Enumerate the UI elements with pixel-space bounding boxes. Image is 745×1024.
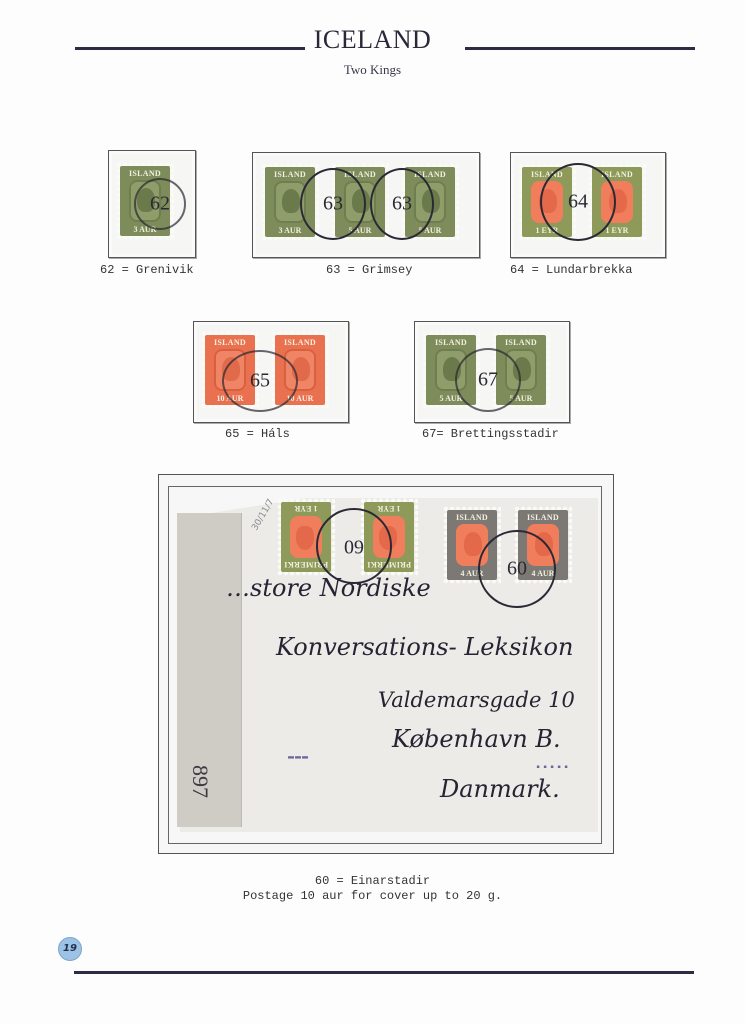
caption-67: 67= Brettingsstadir <box>422 427 559 441</box>
transit-mark: ▬▬▬ <box>288 752 309 763</box>
postmark-63: 63 <box>300 168 366 240</box>
page-number-badge: 19 <box>58 937 82 961</box>
cover-caption-line2: Postage 10 aur for cover up to 20 g. <box>0 889 745 903</box>
censor-number: 897 <box>187 765 213 798</box>
cover-postmark-1: 60 <box>316 508 392 584</box>
address-line-5: Danmark. <box>440 775 560 803</box>
postmark-63-second: 63 <box>370 168 434 240</box>
transit-mark: ▪▪▪▪▪ <box>535 763 570 774</box>
censor-label: 897 <box>177 513 242 827</box>
address-line-1: …store Nordiske <box>226 574 431 602</box>
address-line-4: København B. <box>392 725 561 753</box>
address-line-3: Valdemarsgade 10 <box>378 688 575 712</box>
postmark-67: 67 <box>455 348 521 412</box>
address-line-2: Konversations- Leksikon <box>276 633 573 661</box>
cover-postmark-2: 60 <box>478 530 556 608</box>
caption-63: 63 = Grimsey <box>326 263 412 277</box>
cover-caption-line1: 60 = Einarstadir <box>0 874 745 888</box>
caption-65: 65 = Háls <box>225 427 290 441</box>
postmark-64: 64 <box>540 163 616 241</box>
footer-rule <box>74 971 694 974</box>
page-subtitle: Two Kings <box>0 62 745 78</box>
page-title: ICELAND <box>0 25 745 55</box>
caption-64: 64 = Lundarbrekka <box>510 263 632 277</box>
postmark-62: 62 <box>134 178 186 230</box>
caption-62: 62 = Grenivik <box>100 263 194 277</box>
postmark-65: 65 <box>222 350 298 412</box>
